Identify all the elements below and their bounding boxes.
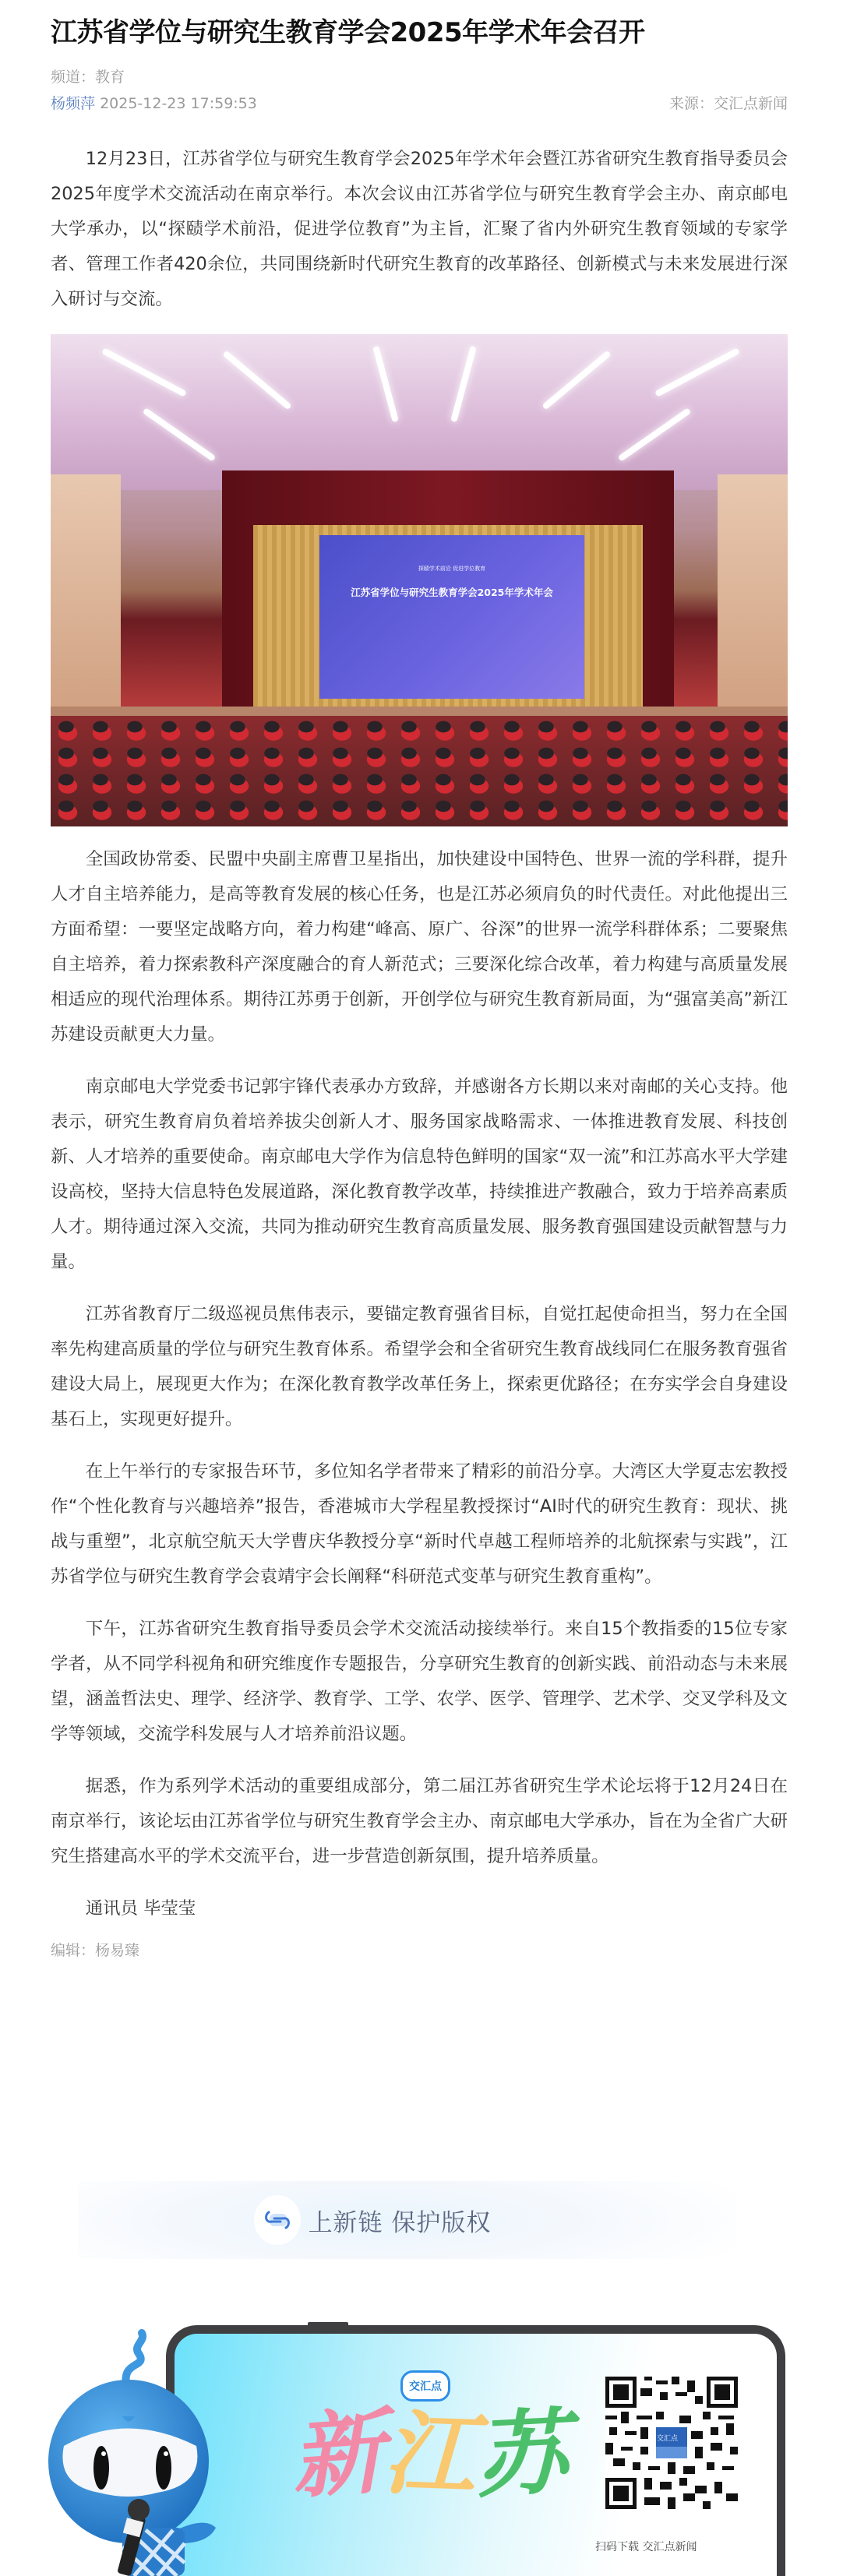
paragraph: 南京邮电大学党委书记郭宇锋代表承办方致辞，并感谢各方长期以来对南邮的关心支持。他… — [51, 1070, 788, 1280]
qr-logo-text: 交汇点 — [657, 2433, 678, 2443]
mascot-image — [48, 2329, 228, 2576]
source-label: 来源：交汇点新闻 — [669, 93, 788, 114]
paragraph: 据悉，作为系列学术活动的重要组成部分，第二届江苏省研究生学术论坛将于12月24日… — [51, 1769, 788, 1874]
chain-link-icon — [254, 2195, 301, 2245]
headline-char: 新 — [287, 2393, 387, 2516]
article-title: 江苏省学位与研究生教育学会2025年学术年会召开 — [51, 14, 788, 51]
audience-seats — [51, 716, 788, 826]
paragraph: 12月23日，江苏省学位与研究生教育学会2025年学术年会暨江苏省研究生教育指导… — [51, 142, 788, 317]
blockchain-copyright-banner[interactable]: 上新链 保护版权 — [78, 2181, 737, 2259]
app-download-promo[interactable]: 交汇点 新 江 苏 — [0, 2306, 843, 2576]
conference-photo: 探赜学术前沿 促进学位教育 江苏省学位与研究生教育学会2025年学术年会 — [51, 334, 788, 826]
article-body: 12月23日，江苏省学位与研究生教育学会2025年学术年会暨江苏省研究生教育指导… — [51, 142, 788, 1961]
headline-char: 苏 — [472, 2394, 570, 2515]
screen-title: 江苏省学位与研究生教育学会2025年学术年会 — [319, 585, 584, 599]
paragraph: 在上午举行的专家报告环节，多位知名学者带来了精彩的前沿分享。大湾区大学夏志宏教授… — [51, 1454, 788, 1595]
byline: 杨频萍 2025-12-23 17:59:53 — [51, 93, 257, 114]
paragraph: 下午，江苏省研究生教育指导委员会学术交流活动接续举行。来自15个教指委的15位专… — [51, 1612, 788, 1752]
paragraph: 江苏省教育厅二级巡视员焦伟表示，要锚定教育强省目标，自觉扛起使命担当，努力在全国… — [51, 1297, 788, 1437]
banner-label: 上新链 保护版权 — [309, 2203, 492, 2238]
publish-time: 2025-12-23 17:59:53 — [100, 95, 257, 112]
right-wall — [718, 474, 788, 731]
ceiling — [51, 334, 788, 490]
headline-calligraphy: 新 江 苏 — [291, 2396, 567, 2513]
qr-caption: 扫码下载 交汇点新闻 — [595, 2539, 697, 2554]
headline-char: 江 — [381, 2395, 477, 2514]
qr-code[interactable]: 交汇点 — [605, 2377, 738, 2509]
editor-label: 编辑：杨易臻 — [51, 1940, 788, 1961]
screen-slogan: 探赜学术前沿 促进学位教育 — [319, 565, 584, 573]
paragraph: 全国政协常委、民盟中央副主席曹卫星指出，加快建设中国特色、世界一流的学科群，提升… — [51, 842, 788, 1052]
correspondent: 通讯员 毕莹莹 — [51, 1891, 788, 1926]
channel-label: 频道：教育 — [51, 67, 788, 87]
article-meta: 杨频萍 2025-12-23 17:59:53 来源：交汇点新闻 — [51, 93, 788, 114]
projection-screen: 探赜学术前沿 促进学位教育 江苏省学位与研究生教育学会2025年学术年会 — [319, 535, 584, 699]
article: 江苏省学位与研究生教育学会2025年学术年会召开 频道：教育 杨频萍 2025-… — [51, 0, 788, 1961]
author-link[interactable]: 杨频萍 — [51, 95, 95, 112]
phone-frame: 交汇点 新 江 苏 — [166, 2325, 785, 2576]
left-wall — [51, 474, 121, 731]
